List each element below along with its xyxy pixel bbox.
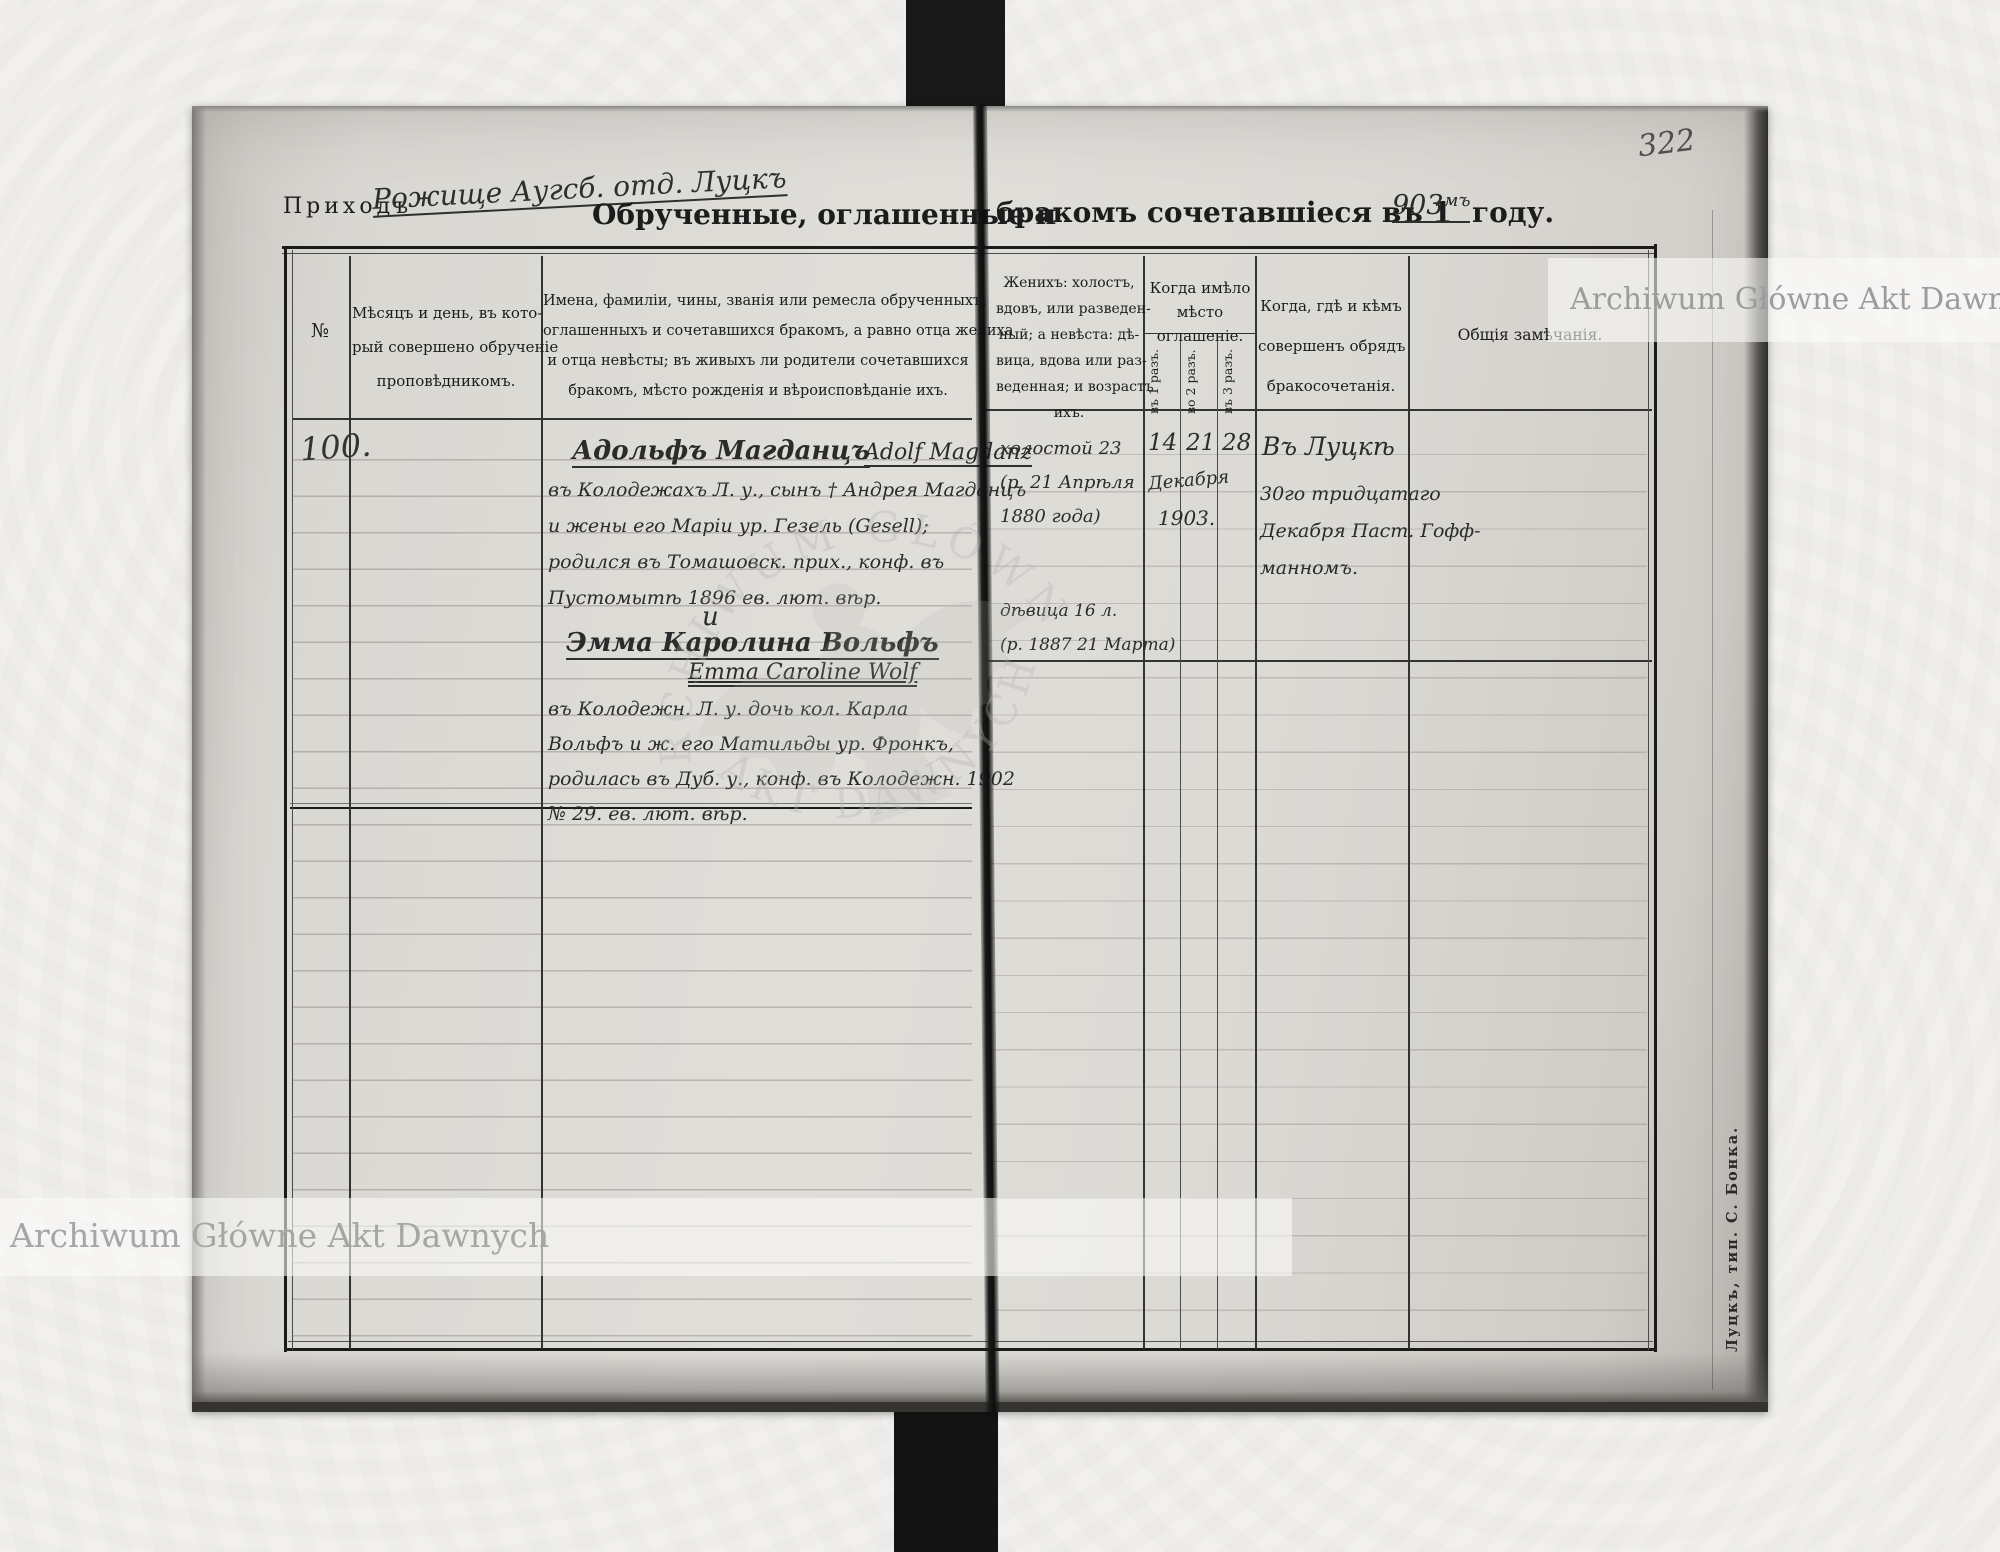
ceremony-details-line: 30го тридцатаго — [1260, 476, 1481, 513]
register-title-part2: бракомъ сочетавшіеся въ 1 — [996, 196, 1452, 229]
header-ceremony-line: Когда, гдѣ и кѣмъ — [1258, 286, 1404, 326]
table-border-left-heavy — [284, 246, 287, 1352]
binding-strap-bottom — [894, 1404, 998, 1552]
register-title-part3: году. — [1472, 196, 1554, 229]
table-border-top-thin — [282, 253, 1657, 254]
header-banns-line: мѣсто — [1145, 300, 1255, 324]
title-year-digits: 903 — [1392, 190, 1444, 221]
folio-number: 322 — [1636, 123, 1697, 165]
header-ceremony-line: совершенъ обрядъ — [1258, 326, 1404, 366]
page-edge-bottom — [192, 1402, 1768, 1412]
banns-date-3: 28 — [1222, 430, 1251, 456]
table-border-bottom-heavy — [284, 1348, 1656, 1351]
banns-year: 1903. — [1158, 506, 1215, 530]
scanned-register-page: 322 Приходъ Рожище Аугсб. отд. Луцкъ Обр… — [0, 0, 2000, 1552]
table-border-right-heavy — [1654, 244, 1657, 1352]
ceremony-details-line: Декабря Паст. Гофф- — [1260, 513, 1481, 550]
title-year-suffix: мъ — [1444, 190, 1471, 211]
banns-date-2: 21 — [1186, 430, 1215, 456]
header-banns-sub-2: во 2 разъ. — [1183, 340, 1198, 414]
header-engagement-date-line: Мѣсяцъ и день, въ кото- — [352, 296, 540, 330]
header-names-line: Имена, фамиліи, чины, званія или ремесла… — [543, 286, 973, 316]
table-border-right-thin — [1648, 250, 1649, 1350]
page-edge-bottom-shadow — [192, 1352, 1768, 1404]
header-banns-sub-3: въ 3 разъ. — [1220, 340, 1235, 414]
watermark-text-top-right: Archiwum Główne Akt Dawnych — [1570, 282, 2000, 317]
header-banns-sub-1: въ 1 разъ. — [1146, 340, 1161, 414]
page-fold-line — [1712, 210, 1713, 1390]
header-banns-line: оглашеніе. — [1145, 324, 1255, 348]
header-banns: Когда имѣло мѣсто оглашеніе. — [1145, 276, 1255, 348]
ceremony-details-line: манномъ. — [1260, 550, 1481, 587]
header-engagement-date: Мѣсяцъ и день, въ кото- рый совершено об… — [352, 296, 540, 398]
watermark-text-bottom-left: Archiwum Główne Akt Dawnych — [10, 1216, 549, 1255]
header-status-line: вдовъ, или разведен- — [996, 296, 1142, 322]
banns-date-1: 14 — [1148, 430, 1177, 456]
header-names-line: оглашенныхъ и сочетавшихся бракомъ, а ра… — [543, 316, 973, 346]
header-banns-line: Когда имѣло — [1145, 276, 1255, 300]
header-ceremony-line: бракосочетанія. — [1258, 366, 1404, 406]
ceremony-details: 30го тридцатаго Декабря Паст. Гофф- манн… — [1260, 476, 1481, 587]
header-engagement-date-line: проповѣдникомъ. — [352, 364, 540, 398]
header-engagement-date-line: рый совершено обрученіе — [352, 330, 540, 364]
header-status-line: Женихъ: холостъ, — [996, 270, 1142, 296]
ceremony-place: Въ Луцкѣ — [1262, 432, 1395, 461]
table-border-top-heavy — [282, 246, 1657, 249]
entry-number: 100. — [299, 426, 373, 469]
printer-imprint: Луцкъ, тип. С. Бонка. — [1724, 1142, 1748, 1352]
header-no: № — [292, 320, 348, 342]
header-ceremony: Когда, гдѣ и кѣмъ совершенъ обрядъ брако… — [1258, 286, 1404, 406]
title-year-handwritten: 903мъ — [1392, 190, 1470, 223]
